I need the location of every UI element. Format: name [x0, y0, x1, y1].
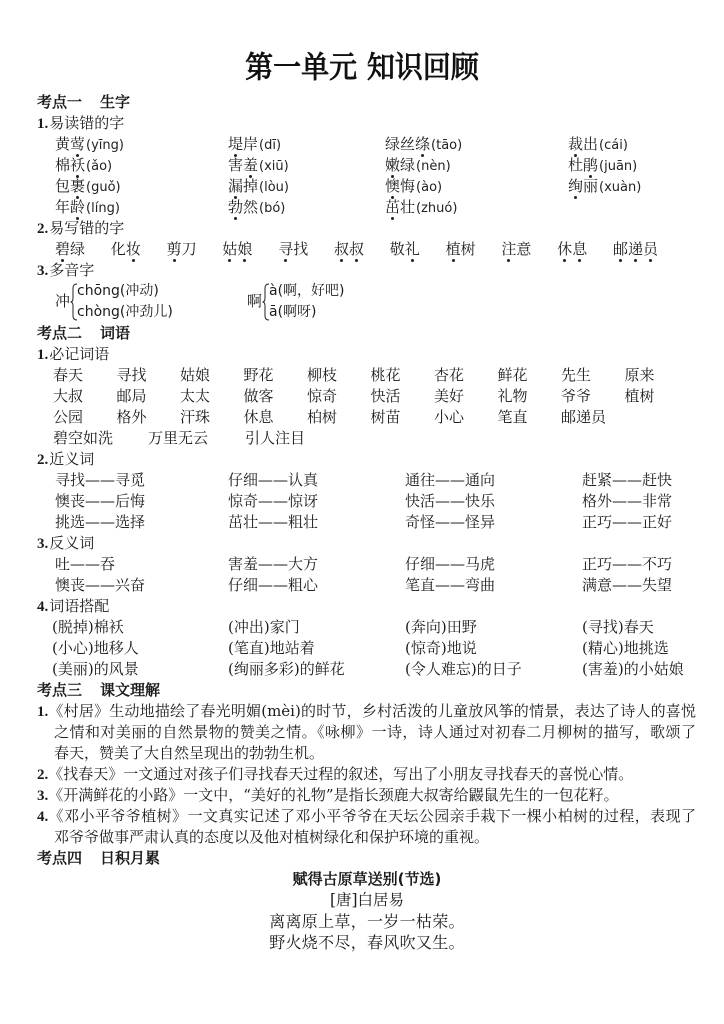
idiom: 引人注目 — [245, 428, 385, 449]
collocation: (脱掉)棉袄 — [52, 617, 228, 638]
write-word: 剪刀 — [167, 239, 223, 260]
char: 壮 — [400, 197, 415, 218]
pinyin-word: 包裹(guǒ) — [55, 176, 228, 198]
emphasized-char: 鹃 — [583, 155, 598, 176]
emphasized-char: 碧 — [55, 239, 70, 260]
word-row: (小心)地移人(笔直)地站着(惊奇)地说(精心)地挑选 — [0, 638, 724, 659]
antonym-pair: 吐——吞 — [55, 554, 228, 575]
polyphone-list: 冲 chōng(冲动) chòng(冲劲儿) 啊 à(啊，好吧) ā(啊呀) — [0, 281, 724, 323]
collocation-list: (脱掉)棉袄(冲出)家门(奔向)田野(寻找)春天(小心)地移人(笔直)地站着(惊… — [0, 617, 724, 680]
pinyin-word: 茁壮(zhuó) — [385, 197, 568, 219]
vocab-word: 爷爷 — [561, 386, 625, 407]
paragraph-number: 3. — [37, 788, 48, 804]
section-number: 考点一 — [37, 93, 82, 111]
poem-author: [唐]白居易 — [10, 890, 724, 911]
antonym-pair: 害羞——大方 — [228, 554, 405, 575]
char: 黄 — [55, 134, 70, 155]
word-row: 包裹(guǒ)漏掉(lòu)懊悔(ào)绚丽(xuàn) — [0, 176, 724, 197]
vocab-word: 格外 — [117, 407, 181, 428]
vocab-word: 休息 — [244, 407, 308, 428]
emphasized-char: 递 — [628, 239, 643, 260]
emphasized-char: 姑 — [222, 239, 237, 260]
subheading-number: 2. — [37, 221, 48, 237]
section-heading-kp3: 考点三课文理解 — [0, 680, 724, 701]
collocation: (冲出)家门 — [228, 617, 405, 638]
word-row: 年龄(líng)勃然(bó)茁壮(zhuó) — [0, 197, 724, 218]
vocab-word: 原来 — [625, 365, 689, 386]
char: 找 — [293, 239, 308, 260]
char: 出 — [583, 134, 598, 155]
char: 丽 — [583, 176, 598, 197]
char: 树 — [461, 239, 476, 260]
subheading-number: 1. — [37, 116, 48, 132]
vocab-word: 先生 — [561, 365, 625, 386]
subheading-easy-write: 2.易写错的字 — [0, 218, 724, 239]
idiom: 万里无云 — [148, 428, 245, 449]
pinyin-word: 懊悔(ào) — [385, 176, 568, 198]
synonym-pair: 奇怪——怪异 — [405, 512, 582, 533]
paragraph-number: 1. — [37, 704, 48, 720]
write-word: 化妆 — [111, 239, 167, 260]
word-row: 吐——吞害羞——大方仔细——马虎正巧——不巧 — [0, 554, 724, 575]
subheading-easy-read: 1.易读错的字 — [0, 113, 724, 134]
vocab-word: 植树 — [625, 386, 689, 407]
paragraph-number: 2. — [37, 767, 48, 783]
collocation: (令人难忘)的日子 — [405, 659, 582, 680]
collocation: (笔直)地站着 — [228, 638, 405, 659]
subheading-number: 1. — [37, 347, 48, 363]
subheading-number: 4. — [37, 599, 48, 615]
char: 化 — [111, 239, 126, 260]
write-word: 休息 — [557, 239, 613, 260]
collocation: (美丽)的风景 — [52, 659, 228, 680]
section-name: 生字 — [100, 93, 130, 111]
emphasized-char: 茁 — [385, 197, 400, 218]
char: 绿 — [70, 239, 85, 260]
vocab-word: 礼物 — [498, 386, 562, 407]
poem-line: 离离原上草，一岁一枯荣。 — [10, 911, 724, 932]
synonym-pair: 茁壮——粗壮 — [228, 512, 405, 533]
char: 包 — [55, 176, 70, 197]
paragraph-line: 3.《开满鲜花的小路》一文中，“美好的礼物”是指长颈鹿大叔寄给鼹鼠先生的一包花籽… — [37, 785, 696, 806]
antonym-pair: 仔细——粗心 — [228, 575, 405, 596]
section-number: 考点三 — [37, 681, 82, 699]
comprehension-paragraphs: 1.《村居》生动地描绘了春光明媚(mèi)的时节，乡村活泼的儿童放风筝的情景，表… — [0, 701, 724, 848]
subheading-number: 2. — [37, 452, 48, 468]
pinyin: (líng) — [86, 201, 120, 216]
emphasized-char: 寻 — [278, 239, 293, 260]
word-row: 懊丧——后悔惊奇——惊讶快活——快乐格外——非常 — [0, 491, 724, 512]
write-word: 注意 — [501, 239, 557, 260]
vocab-word: 邮局 — [117, 386, 181, 407]
emphasized-char: 礼 — [405, 239, 420, 260]
must-remember-list: 春天寻找姑娘野花柳枝桃花杏花鲜花先生原来大叔邮局太太做客惊奇快活美好礼物爷爷植树… — [0, 365, 724, 428]
word-row: 大叔邮局太太做客惊奇快活美好礼物爷爷植树 — [0, 386, 724, 407]
char: 绿 — [385, 134, 400, 155]
paragraph-number: 4. — [37, 809, 48, 825]
char: 害 — [228, 155, 243, 176]
write-word: 敬礼 — [390, 239, 446, 260]
pinyin: (lòu) — [259, 180, 289, 195]
emphasized-char: 裹 — [70, 176, 85, 197]
emphasized-char: 绦 — [415, 134, 430, 155]
synonym-pair: 快活——快乐 — [405, 491, 582, 512]
vocab-word: 春天 — [53, 365, 117, 386]
polyphone-reading: chòng(冲劲儿) — [77, 302, 173, 323]
word-row: 棉袄(ǎo)害羞(xiū)嫩绿(nèn)杜鹃(juān) — [0, 155, 724, 176]
char: 悔 — [400, 176, 415, 197]
emphasized-char: 休 — [557, 239, 572, 260]
synonym-pair: 惊奇——惊讶 — [228, 491, 405, 512]
char: 棉 — [55, 155, 70, 176]
paragraph-text: 《村居》生动地描绘了春光明媚(mèi)的时节，乡村活泼的儿童放风筝的情景，表达了… — [48, 702, 696, 720]
paragraph-text: 《邓小平爷爷植树》一文真实记述了邓小平爷爷在天坛公园亲手栽下一棵小柏树的过程，表… — [48, 807, 696, 825]
paragraph-text: 邓爷爷做事严肃认真的态度以及他对植树绿化和保护环境的重视。 — [54, 828, 489, 846]
collocation: (寻找)春天 — [582, 617, 724, 638]
synonym-pair: 仔细——认真 — [228, 470, 405, 491]
vocab-word: 小心 — [434, 407, 498, 428]
section-name: 课文理解 — [100, 681, 160, 699]
subheading-label: 多音字 — [49, 261, 94, 279]
section-heading-kp1: 考点一生字 — [0, 92, 724, 113]
pinyin-word: 杜鹃(juān) — [568, 155, 718, 177]
pinyin: (bó) — [259, 201, 285, 216]
paragraph-line: 邓爷爷做事严肃认真的态度以及他对植树绿化和保护环境的重视。 — [54, 827, 696, 848]
vocab-word: 美好 — [434, 386, 498, 407]
pinyin: (nèn) — [416, 159, 451, 174]
vocab-word: 野花 — [244, 365, 308, 386]
subheading-label: 词语搭配 — [49, 597, 109, 615]
vocab-word: 邮递员 — [561, 407, 625, 428]
page-content: 考点一生字 1.易读错的字 黄莺(yīng)堤岸(dī)绿丝绦(tāo)裁出(c… — [0, 92, 724, 953]
antonym-pair: 懊丧——兴奋 — [55, 575, 228, 596]
vocab-word: 汗珠 — [180, 407, 244, 428]
char: 掉 — [243, 176, 258, 197]
subheading-synonyms: 2.近义词 — [0, 449, 724, 470]
emphasized-char: 懊 — [385, 176, 400, 197]
char: 丝 — [400, 134, 415, 155]
vocab-word: 太太 — [180, 386, 244, 407]
emphasized-char: 勃 — [228, 197, 243, 218]
vocab-word: 大叔 — [53, 386, 117, 407]
section-heading-kp2: 考点二词语 — [0, 323, 724, 344]
write-word: 叔叔 — [334, 239, 390, 260]
subheading-must-remember: 1.必记词语 — [0, 344, 724, 365]
antonym-pair: 笔直——弯曲 — [405, 575, 582, 596]
vocab-word: 鲜花 — [498, 365, 562, 386]
pinyin: (ào) — [416, 180, 442, 195]
subheading-number: 3. — [37, 536, 48, 552]
subheading-antonyms: 3.反义词 — [0, 533, 724, 554]
pinyin-word: 绿丝绦(tāo) — [385, 134, 568, 156]
emphasized-char: 绚 — [568, 176, 583, 197]
vocab-word: 姑娘 — [180, 365, 244, 386]
emphasized-char: 员 — [643, 239, 658, 260]
pinyin-word: 年龄(líng) — [55, 197, 228, 219]
pinyin-word: 漏掉(lòu) — [228, 176, 385, 198]
idiom: 碧空如洗 — [53, 428, 148, 449]
emphasized-char: 堤 — [228, 134, 243, 155]
collocation: (害羞)的小姑娘 — [582, 659, 724, 680]
word-row: 懊丧——兴奋仔细——粗心笔直——弯曲满意——失望 — [0, 575, 724, 596]
synonym-pair: 正巧——正好 — [582, 512, 724, 533]
synonym-pair: 挑选——选择 — [55, 512, 228, 533]
antonym-pair: 满意——失望 — [582, 575, 724, 596]
page-title: 第一单元 知识回顾 — [0, 46, 724, 89]
collocation: (绚丽多彩)的鲜花 — [228, 659, 405, 680]
synonym-pair: 赶紧——赶快 — [582, 470, 724, 491]
subheading-number: 3. — [37, 263, 48, 279]
paragraph-text: 《开满鲜花的小路》一文中，“美好的礼物”是指长颈鹿大叔寄给鼹鼠先生的一包花籽。 — [48, 786, 618, 804]
write-word: 植树 — [446, 239, 502, 260]
pinyin: (xuàn) — [599, 180, 641, 195]
collocation: (奔向)田野 — [405, 617, 582, 638]
pinyin: (tāo) — [431, 138, 462, 153]
emphasized-char: 娘 — [237, 239, 252, 260]
vocab-word: 柳枝 — [307, 365, 371, 386]
section-heading-kp4: 考点四日积月累 — [0, 848, 724, 869]
emphasized-char: 羞 — [243, 155, 258, 176]
vocab-word: 寻找 — [117, 365, 181, 386]
paragraph-line: 2.《找春天》一文通过对孩子们寻找春天过程的叙述，写出了小朋友寻找春天的喜悦心情… — [37, 764, 696, 785]
char: 杜 — [568, 155, 583, 176]
emphasized-char: 袄 — [70, 155, 85, 176]
collocation: (小心)地移人 — [52, 638, 228, 659]
pinyin-word: 黄莺(yīng) — [55, 134, 228, 156]
emphasized-char: 莺 — [70, 134, 85, 155]
emphasized-char: 息 — [572, 239, 587, 260]
synonym-pair: 懊丧——后悔 — [55, 491, 228, 512]
vocab-word: 快活 — [371, 386, 435, 407]
section-number: 考点二 — [37, 324, 82, 342]
pinyin-word: 堤岸(dī) — [228, 134, 385, 156]
paragraph-line: 之情和对美丽的自然景物的赞美之情。《咏柳》一诗，诗人通过对初春二月柳树的描写，歌… — [54, 722, 696, 743]
synonym-list: 寻找——寻觅仔细——认真通往——通向赶紧——赶快懊丧——后悔惊奇——惊讶快活——… — [0, 470, 724, 533]
char: 刀 — [182, 239, 197, 260]
char: 岸 — [243, 134, 258, 155]
vocab-word: 柏树 — [307, 407, 371, 428]
easy-write-list: 碧绿化妆剪刀姑娘寻找叔叔敬礼植树注意休息邮递员 — [0, 239, 724, 260]
word-row: (美丽)的风景(绚丽多彩)的鲜花(令人难忘)的日子(害羞)的小姑娘 — [0, 659, 724, 680]
pinyin-word: 棉袄(ǎo) — [55, 155, 228, 177]
emphasized-char: 注 — [501, 239, 516, 260]
pinyin: (juān) — [599, 159, 637, 174]
collocation: (精心)地挑选 — [582, 638, 724, 659]
synonym-pair: 格外——非常 — [582, 491, 724, 512]
word-row: 挑选——选择茁壮——粗壮奇怪——怪异正巧——正好 — [0, 512, 724, 533]
polyphone-reading: chōng(冲动) — [77, 281, 159, 302]
word-row: 黄莺(yīng)堤岸(dī)绿丝绦(tāo)裁出(cái) — [0, 134, 724, 155]
pinyin-word: 勃然(bó) — [228, 197, 385, 219]
emphasized-char: 嫩 — [385, 155, 400, 176]
pinyin-word: 绚丽(xuàn) — [568, 176, 718, 198]
section-number: 考点四 — [37, 849, 82, 867]
subheading-polyphone: 3.多音字 — [0, 260, 724, 281]
vocab-word: 惊奇 — [307, 386, 371, 407]
emphasized-char: 叔 — [334, 239, 349, 260]
vocab-word: 杏花 — [434, 365, 498, 386]
emphasized-char: 邮 — [613, 239, 628, 260]
word-row: 公园格外汗珠休息柏树树苗小心笔直邮递员 — [0, 407, 724, 428]
paragraph-line: 4.《邓小平爷爷植树》一文真实记述了邓小平爷爷在天坛公园亲手栽下一棵小柏树的过程… — [37, 806, 696, 827]
section-name: 日积月累 — [100, 849, 160, 867]
collocation: (惊奇)地说 — [405, 638, 582, 659]
vocab-word: 桃花 — [371, 365, 435, 386]
paragraph-text: 《找春天》一文通过对孩子们寻找春天过程的叙述，写出了小朋友寻找春天的喜悦心情。 — [48, 765, 633, 783]
pinyin-word: 害羞(xiū) — [228, 155, 385, 177]
write-word: 碧绿 — [55, 239, 111, 260]
write-word: 寻找 — [278, 239, 334, 260]
antonym-pair: 仔细——马虎 — [405, 554, 582, 575]
char: 绿 — [400, 155, 415, 176]
vocab-word: 做客 — [244, 386, 308, 407]
paragraph-text: 之情和对美丽的自然景物的赞美之情。《咏柳》一诗，诗人通过对初春二月柳树的描写，歌… — [54, 723, 696, 741]
paragraph-line: 1.《村居》生动地描绘了春光明媚(mèi)的时节，乡村活泼的儿童放风筝的情景，表… — [37, 701, 696, 722]
emphasized-char: 龄 — [70, 197, 85, 218]
vocab-word: 笔直 — [498, 407, 562, 428]
synonym-pair: 通往——通向 — [405, 470, 582, 491]
polyphone-reading: à(啊，好吧) — [269, 281, 345, 302]
char: 敬 — [390, 239, 405, 260]
synonym-pair: 寻找——寻觅 — [55, 470, 228, 491]
subheading-label: 易写错的字 — [49, 219, 124, 237]
word-row: 寻找——寻觅仔细——认真通往——通向赶紧——赶快 — [0, 470, 724, 491]
emphasized-char: 裁 — [568, 134, 583, 155]
pinyin: (xiū) — [259, 159, 289, 174]
polyphone-reading: ā(啊呀) — [269, 302, 317, 323]
polyphone-char: 冲 — [55, 291, 70, 312]
pinyin: (yīng) — [86, 138, 124, 153]
subheading-label: 反义词 — [49, 534, 94, 552]
idiom-row: 碧空如洗万里无云引人注目 — [0, 428, 724, 449]
emphasized-char: 剪 — [167, 239, 182, 260]
subheading-label: 必记词语 — [49, 345, 109, 363]
write-word: 邮递员 — [613, 239, 669, 260]
pinyin: (dī) — [259, 138, 281, 153]
paragraph-text: 春天，赞美了大自然呈现出的勃勃生机。 — [54, 744, 324, 762]
vocab-word: 公园 — [53, 407, 117, 428]
pinyin-word: 裁出(cái) — [568, 134, 718, 156]
pinyin-word: 嫩绿(nèn) — [385, 155, 568, 177]
section-name: 词语 — [100, 324, 130, 342]
subheading-collocations: 4.词语搭配 — [0, 596, 724, 617]
poem-title: 赋得古原草送别(节选) — [10, 869, 724, 890]
document-page: 第一单元 知识回顾 考点一生字 1.易读错的字 黄莺(yīng)堤岸(dī)绿丝… — [0, 0, 724, 1024]
polyphone-char: 啊 — [247, 291, 262, 312]
write-word: 姑娘 — [222, 239, 278, 260]
char: 意 — [516, 239, 531, 260]
poem-line: 野火烧不尽，春风吹又生。 — [10, 932, 724, 953]
subheading-label: 易读错的字 — [49, 114, 124, 132]
pinyin: (cái) — [599, 138, 628, 153]
emphasized-char: 叔 — [349, 239, 364, 260]
emphasized-char: 漏 — [228, 176, 243, 197]
antonym-pair: 正巧——不巧 — [582, 554, 724, 575]
word-row: 春天寻找姑娘野花柳枝桃花杏花鲜花先生原来 — [0, 365, 724, 386]
vocab-word: 树苗 — [371, 407, 435, 428]
pinyin: (guǒ) — [86, 180, 121, 195]
subheading-label: 近义词 — [49, 450, 94, 468]
char: 年 — [55, 197, 70, 218]
poem: 赋得古原草送别(节选) [唐]白居易 离离原上草，一岁一枯荣。 野火烧不尽，春风… — [0, 869, 724, 953]
char: 然 — [243, 197, 258, 218]
paragraph-line: 春天，赞美了大自然呈现出的勃勃生机。 — [54, 743, 696, 764]
emphasized-char: 植 — [446, 239, 461, 260]
emphasized-char: 妆 — [126, 239, 141, 260]
easy-read-list: 黄莺(yīng)堤岸(dī)绿丝绦(tāo)裁出(cái)棉袄(ǎo)害羞(xi… — [0, 134, 724, 218]
pinyin: (ǎo) — [86, 159, 112, 174]
word-row: (脱掉)棉袄(冲出)家门(奔向)田野(寻找)春天 — [0, 617, 724, 638]
pinyin: (zhuó) — [416, 201, 457, 216]
antonym-list: 吐——吞害羞——大方仔细——马虎正巧——不巧懊丧——兴奋仔细——粗心笔直——弯曲… — [0, 554, 724, 596]
